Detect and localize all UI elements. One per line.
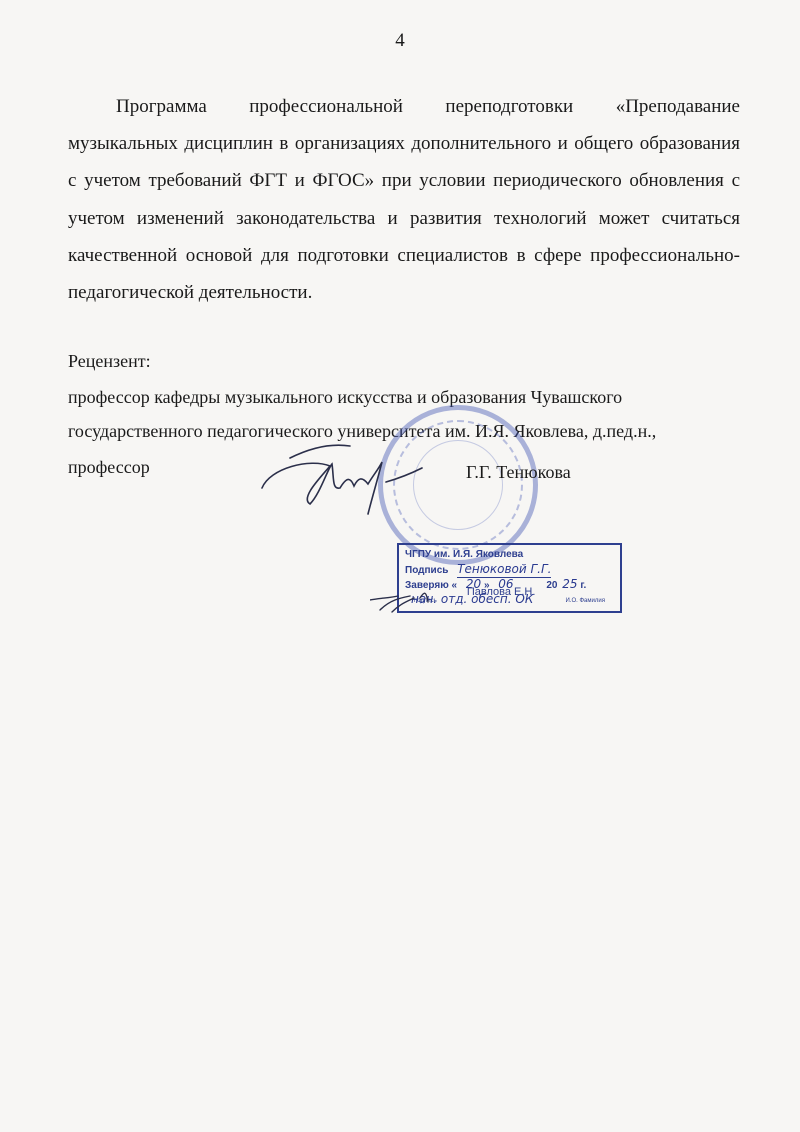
reviewer-name: Г.Г. Тенюкова (466, 462, 571, 483)
reviewer-position-line1: профессор кафедры музыкального искусства… (68, 382, 768, 412)
cert-year: 25 (562, 577, 577, 591)
body-paragraph: Программа профессиональной переподготовк… (68, 88, 740, 311)
signature-icon (250, 438, 470, 518)
cert-name-handwritten: Павлова Е.Н. (467, 586, 536, 598)
certifier-signature-icon (370, 540, 460, 620)
cert-year-suffix: г. (580, 580, 586, 591)
page-number: 4 (0, 30, 800, 52)
cert-foot-right: И.О. Фамилия (565, 598, 604, 610)
cert-signature-handwritten: Тенюковой Г.Г. (457, 562, 551, 578)
reviewer-label: Рецензент: (68, 346, 768, 376)
cert-year-prefix: 20 (546, 580, 557, 591)
